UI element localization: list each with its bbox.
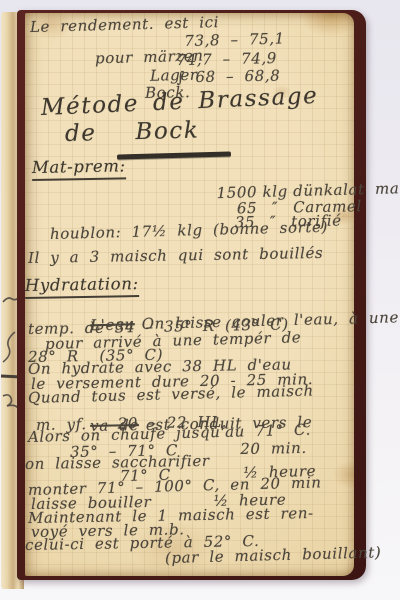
title-underline — [117, 152, 231, 160]
mash-note-line: Il y a 3 maisch qui sont bouillés — [28, 246, 324, 266]
hydration-heading: Hydratation: — [25, 276, 139, 298]
yield-row-value: 73,8 – 75,1 — [184, 31, 285, 49]
notebook-page: Le rendement. est ici pour märzen 73,8 –… — [25, 13, 354, 576]
yield-row-value: ∫ 68 – 68,8 — [176, 69, 280, 86]
handwritten-line: (par le maisch bouillant) — [165, 545, 382, 566]
notebook-photo: Le rendement. est ici pour märzen 73,8 –… — [0, 0, 400, 600]
materials-heading: Mat-prem: — [32, 158, 126, 180]
yield-row-value: 74,7 – 74,9 — [176, 51, 277, 68]
page-title-line-2: de Bock — [65, 119, 200, 146]
